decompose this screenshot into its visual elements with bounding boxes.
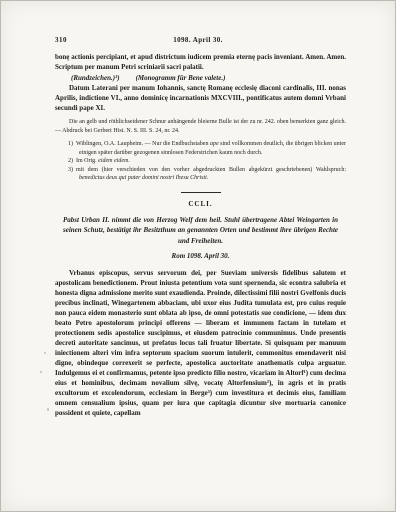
footnote-2: 2)Im Orig. eidem eidem.: [55, 157, 346, 166]
footnote-1-text: Wiblingen, O.A. Laupheim. — Nur die Endb…: [76, 141, 208, 147]
section-divider-rule: [181, 192, 221, 193]
footnotes-block: 1)Wiblingen, O.A. Laupheim. — Nur die En…: [55, 140, 346, 183]
running-head-date: 1098. April 30.: [50, 36, 346, 45]
footnote-3-number: 3): [68, 167, 76, 173]
document-german-summary: Pabst Urban II. nimmt die von Herzog Wel…: [63, 215, 338, 247]
footnote-2-number: 2): [68, 158, 76, 164]
seal-description-line: (Rundzeichen.)³) (Monogramm für Bene val…: [55, 73, 346, 83]
document-dateline: Rom 1098. April 30.: [55, 251, 346, 261]
footnote-2-italic-term: eidem eidem.: [98, 158, 130, 164]
previous-document-datum: Datum Laterani per manum Iohannis, sanct…: [55, 83, 346, 113]
footnote-1-number: 1): [68, 141, 76, 147]
footnote-2-text: Im Orig.: [76, 158, 97, 164]
rota-label: (Rundzeichen.)³): [71, 73, 120, 83]
scan-speck: [47, 408, 49, 411]
editorial-note: Die an gelb und röthlichseidener Schnur …: [55, 118, 346, 135]
book-page-scan: 310 1098. April 30. bonę actionis percip…: [0, 0, 396, 512]
previous-document-closing-text: bonę actionis percipiant, et apud distri…: [55, 52, 346, 72]
scan-speck: [40, 371, 42, 373]
footnote-1-italic-term: ape: [210, 141, 219, 147]
footnote-1: 1)Wiblingen, O.A. Laupheim. — Nur die En…: [55, 140, 346, 157]
document-body-text: Vrbanus episcopus, servus servorum dei, …: [55, 268, 346, 418]
scan-speck: [44, 352, 46, 354]
footnote-3-text: mit dem (hier verschieden von den vorher…: [76, 167, 346, 173]
footnote-3-italic-motto: benedictus deus qui pater domini nostri …: [79, 175, 208, 181]
running-head: 310 1098. April 30.: [55, 36, 346, 45]
monogram-label: (Monogramm für Bene valete.): [136, 73, 226, 83]
footnote-3: 3)mit dem (hier verschieden von den vorh…: [55, 166, 346, 183]
document-number-heading: CCLI.: [55, 200, 346, 208]
